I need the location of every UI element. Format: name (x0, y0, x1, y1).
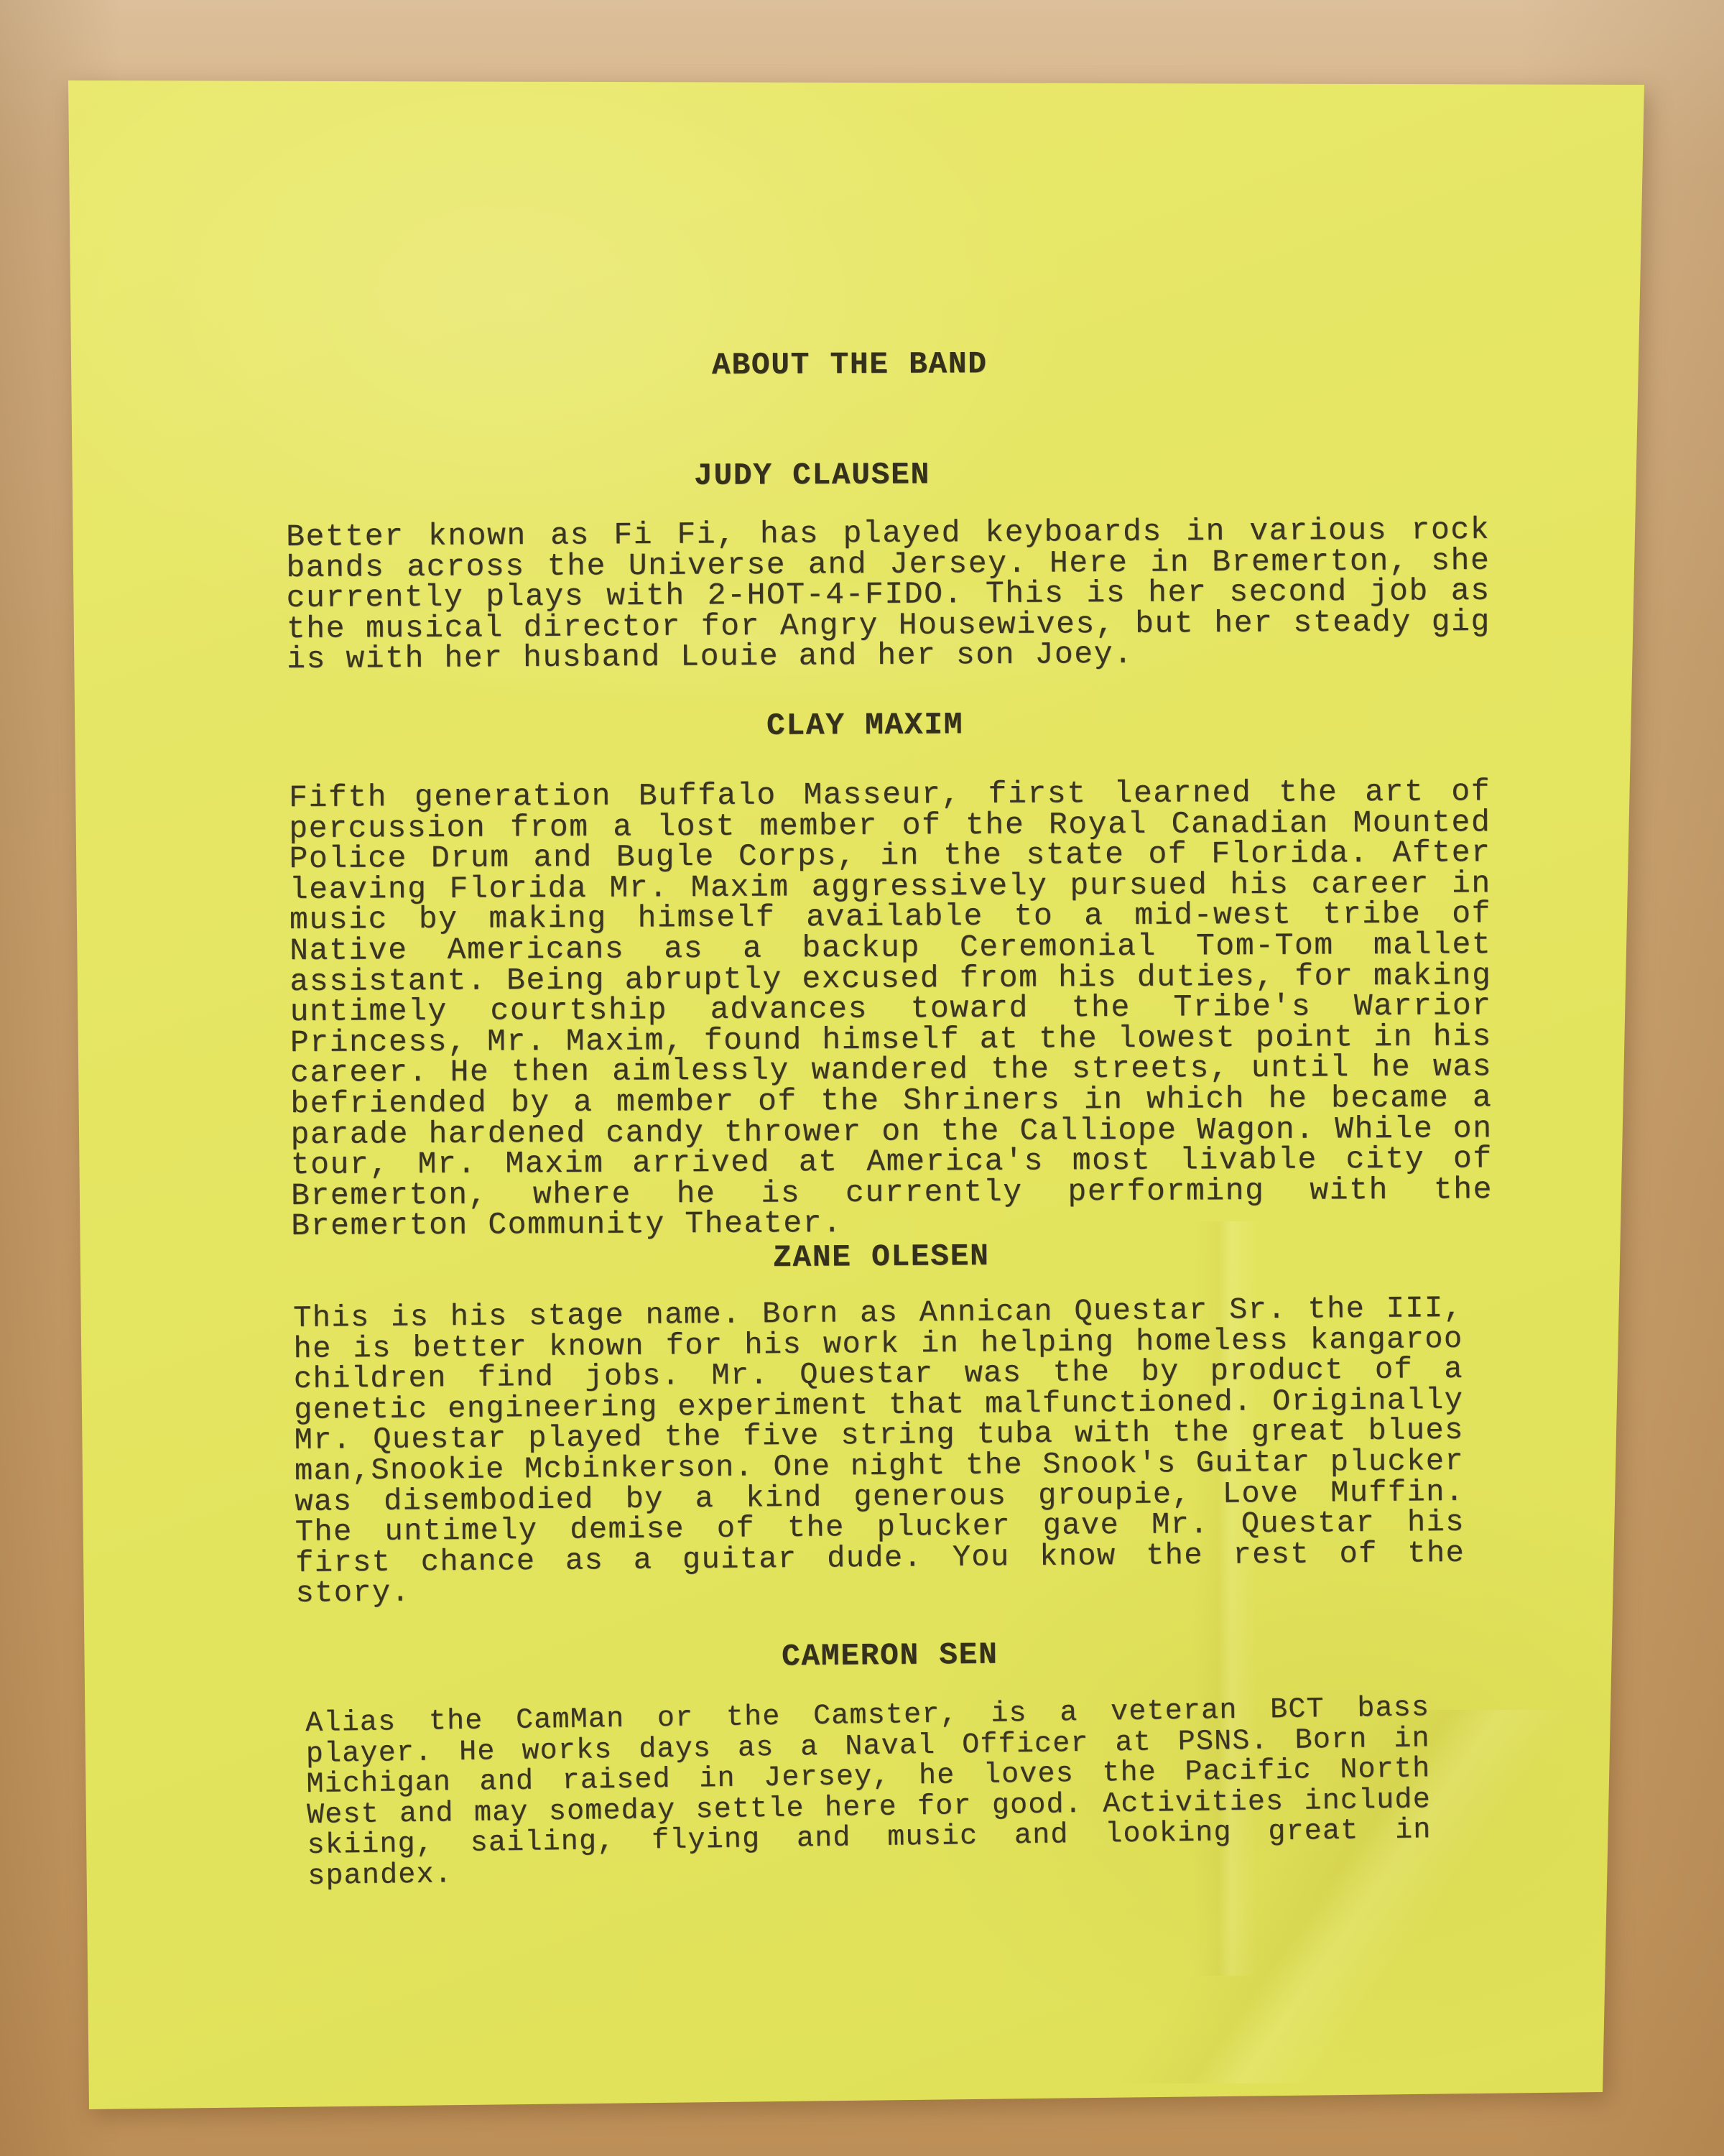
text-line: is with her husband Louie and her son Jo… (287, 637, 1491, 675)
section-heading-zane: ZANE OLESEN (773, 1241, 990, 1273)
section-paragraph-clay: Fifth generation Buffalo Masseur, first … (289, 777, 1493, 1242)
section-heading-judy: JUDY CLAUSEN (694, 459, 930, 491)
photo-background: ABOUT THE BAND JUDY CLAUSEN Better known… (0, 0, 1724, 2156)
text-line: Bremerton, where he is currently perform… (291, 1175, 1493, 1211)
section-paragraph-judy: Better known as Fi Fi, has played keyboa… (286, 515, 1491, 675)
section-heading-cameron: CAMERON SEN (782, 1639, 998, 1672)
page-title: ABOUT THE BAND (712, 348, 988, 381)
section-paragraph-zane: This is his stage name. Born as Annican … (293, 1293, 1465, 1609)
section-paragraph-cameron: Alias the CamMan or the Camster, is a ve… (305, 1693, 1432, 1892)
section-heading-clay: CLAY MAXIM (766, 709, 963, 741)
text-line: Bremerton Community Theater. (291, 1206, 1493, 1242)
typed-text-layer: ABOUT THE BAND JUDY CLAUSEN Better known… (0, 0, 1724, 2156)
